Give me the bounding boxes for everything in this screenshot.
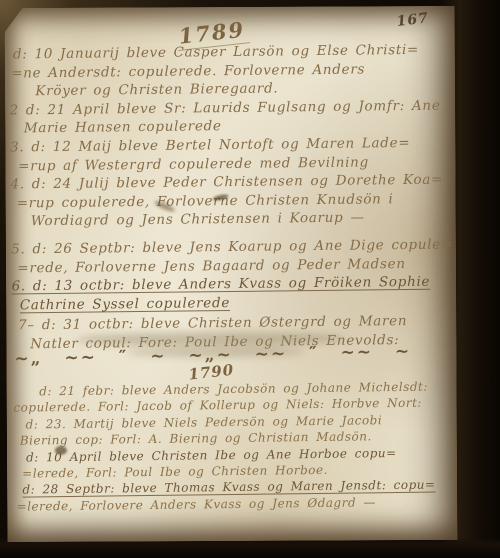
entries-1789: d: 10 Januarij bleve Casper Larsön og El… bbox=[9, 41, 452, 354]
page-number: 167 bbox=[396, 10, 430, 30]
register-entry-line: Wordiagrd og Jens Christensen i Koarup — bbox=[11, 208, 451, 232]
scanned-register-page: 167 1789 d: 10 Januarij bleve Casper Lar… bbox=[0, 0, 500, 558]
register-entry-line: Cathrine Syssel copulerede bbox=[12, 291, 452, 315]
entries-1790: d: 21 febr: bleve Anders Jacobsön og Joh… bbox=[11, 378, 461, 515]
parchment-page: 167 1789 d: 10 Januarij bleve Casper Lar… bbox=[5, 6, 458, 542]
